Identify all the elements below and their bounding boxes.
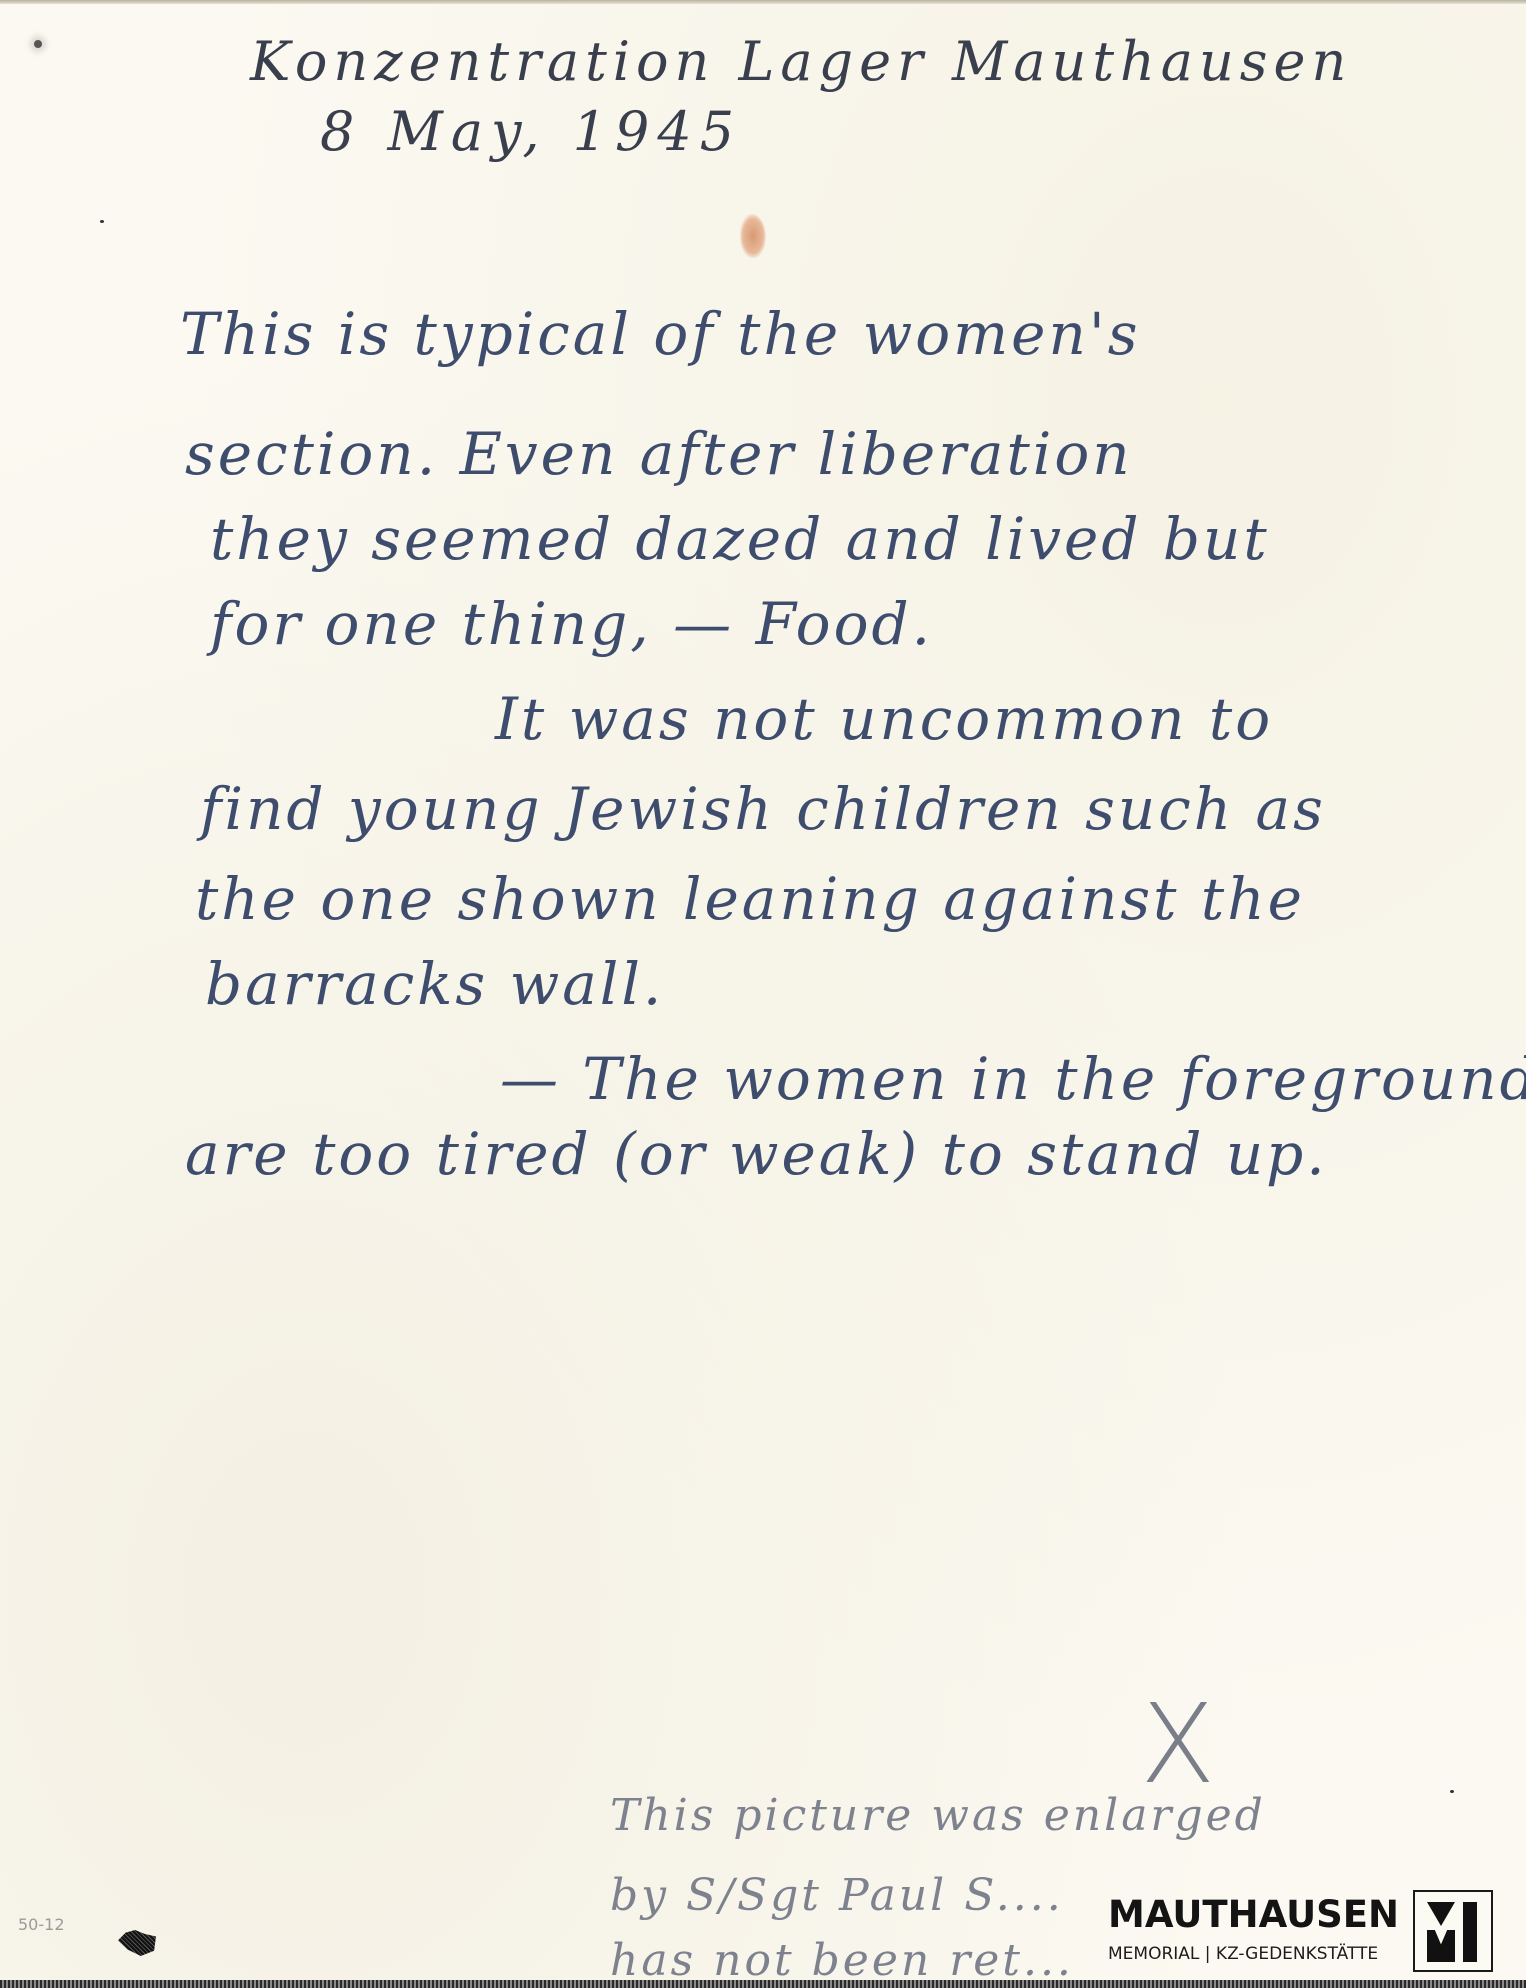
footnote-line: This picture was enlarged xyxy=(610,1790,1266,1841)
body-line: This is typical of the women's xyxy=(180,300,1141,368)
logo-title: MAUTHAUSEN xyxy=(1108,1895,1399,1935)
scan-bottom-edge xyxy=(0,1980,1526,1988)
scan-top-edge xyxy=(0,0,1526,4)
mauthausen-memorial-logo: MAUTHAUSEN MEMORIAL | KZ-GEDENKSTÄTTE xyxy=(1108,1888,1513,1974)
logo-bar-shape xyxy=(1463,1902,1477,1962)
body-line: — The women in the foreground xyxy=(500,1045,1526,1113)
archive-code: 50-12 xyxy=(18,1915,65,1934)
body-line: find young Jewish children such as xyxy=(200,775,1326,843)
paper-speck xyxy=(34,40,42,48)
body-line: they seemed dazed and lived but xyxy=(210,505,1270,573)
body-line: section. Even after liberation xyxy=(185,420,1133,488)
body-line: barracks wall. xyxy=(205,950,664,1018)
paper-speck xyxy=(100,220,104,223)
header-location: Konzentration Lager Mauthausen xyxy=(250,30,1352,93)
body-line: are too tired (or weak) to stand up. xyxy=(185,1120,1328,1188)
logo-text: MAUTHAUSEN MEMORIAL | KZ-GEDENKSTÄTTE xyxy=(1108,1895,1399,1967)
header-date: 8 May, 1945 xyxy=(320,100,742,163)
scanned-document-page: Konzentration Lager Mauthausen 8 May, 19… xyxy=(0,0,1526,1988)
m-logo-icon xyxy=(1413,1890,1493,1972)
logo-triangle-shape xyxy=(1427,1902,1455,1926)
x-mark: X xyxy=(1140,1680,1215,1808)
body-line: for one thing, — Food. xyxy=(210,590,933,658)
paper-speck xyxy=(1450,1790,1454,1793)
ink-blot xyxy=(118,1930,156,1956)
footnote-line: has not been ret... xyxy=(610,1935,1074,1986)
footnote-line: by S/Sgt Paul S.... xyxy=(610,1870,1064,1921)
body-line: It was not uncommon to xyxy=(495,685,1273,753)
body-line: the one shown leaning against the xyxy=(195,865,1305,933)
logo-subtitle: MEMORIAL | KZ-GEDENKSTÄTTE xyxy=(1108,1941,1399,1967)
rust-stain xyxy=(740,214,766,258)
logo-v-shape xyxy=(1427,1930,1455,1962)
